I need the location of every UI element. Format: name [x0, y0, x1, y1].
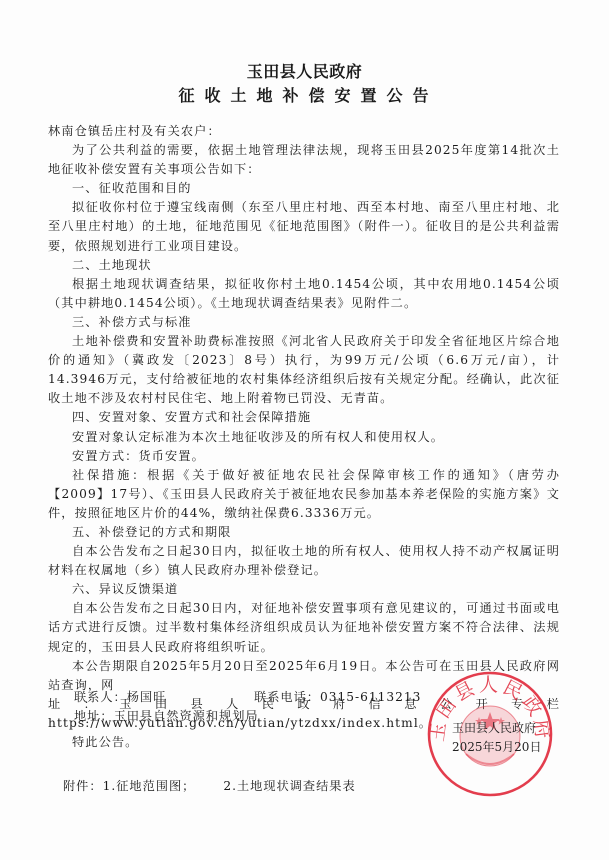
notice-page: 玉田县人民政府 征收土地补偿安置公告 林南仓镇岳庄村及有关农户： 为了公共利益的… [0, 0, 609, 860]
contact-person-label: 联系人： [74, 690, 127, 704]
addressee: 林南仓镇岳庄村及有关农户： [48, 122, 560, 141]
attachments-line: 附件：1.征地范围图；2.土地现状调查结果表 [63, 777, 356, 794]
section-4-paragraph-3: 社保措施：根据《关于做好被征地农民社会保障审核工作的通知》（唐劳办【2009】1… [48, 466, 560, 523]
signature-block: 玉田县人民政府 2025年5月20日 [452, 719, 562, 757]
section-5-heading: 五、补偿登记的方式和期限 [48, 523, 560, 542]
attachment-item-1: 1.征地范围图； [103, 779, 196, 793]
section-6-paragraph: 自本公告发布之日起30日内，对征地补偿安置事项有意见建议的，可通过书面或电话方式… [48, 599, 560, 656]
contact-block: 联系人：杨国旺 联系电话：0315-6113213 地址：玉田县自然资源和规划局 [74, 688, 421, 726]
section-1-paragraph: 拟征收你村位于遵宝线南侧（东至八里庄村地、西至本村地、南至八里庄村地、北至八里庄… [48, 198, 560, 255]
contact-phone: 0315-6113213 [320, 690, 421, 704]
section-4-heading: 四、安置对象、安置方式和社会保障措施 [48, 408, 560, 427]
contact-phone-label: 联系电话： [254, 690, 320, 704]
section-5-paragraph: 自本公告发布之日起30日内，拟征收土地的所有权人、使用权人持不动产权属证明材料在… [48, 542, 560, 580]
section-3-paragraph: 土地补偿费和安置补助费标准按照《河北省人民政府关于印发全省征地区片综合地价的通知… [48, 332, 560, 408]
section-6-heading: 六、异议反馈渠道 [48, 580, 560, 599]
notice-body: 林南仓镇岳庄村及有关农户： 为了公共利益的需要，依据土地管理法律法规，现将玉田县… [48, 122, 560, 752]
section-2-paragraph: 根据土地现状调查结果，拟征收你村土地0.1454公顷，其中农用地0.1454公顷… [48, 275, 560, 313]
section-4-paragraph-1: 安置对象认定标准为本次土地征收涉及的所有权人和使用权人。 [48, 428, 560, 447]
contact-address: 玉田县自然资源和规划局 [114, 709, 259, 723]
contact-address-label: 地址： [74, 709, 114, 723]
intro-paragraph: 为了公共利益的需要，依据土地管理法律法规，现将玉田县2025年度第14批次土地征… [48, 141, 560, 179]
signature-org: 玉田县人民政府 [452, 719, 562, 738]
notice-title: 征收土地补偿安置公告 [0, 83, 609, 106]
attachments-label: 附件： [63, 779, 103, 793]
section-4-paragraph-2: 安置方式：货币安置。 [48, 447, 560, 466]
section-2-heading: 二、土地现状 [48, 256, 560, 275]
attachment-item-2: 2.土地现状调查结果表 [223, 779, 355, 793]
signature-date: 2025年5月20日 [452, 738, 562, 757]
issuer-title: 玉田县人民政府 [0, 59, 609, 82]
section-1-heading: 一、征收范围和目的 [48, 179, 560, 198]
contact-person: 杨国旺 [127, 690, 167, 704]
section-3-heading: 三、补偿方式与标准 [48, 313, 560, 332]
